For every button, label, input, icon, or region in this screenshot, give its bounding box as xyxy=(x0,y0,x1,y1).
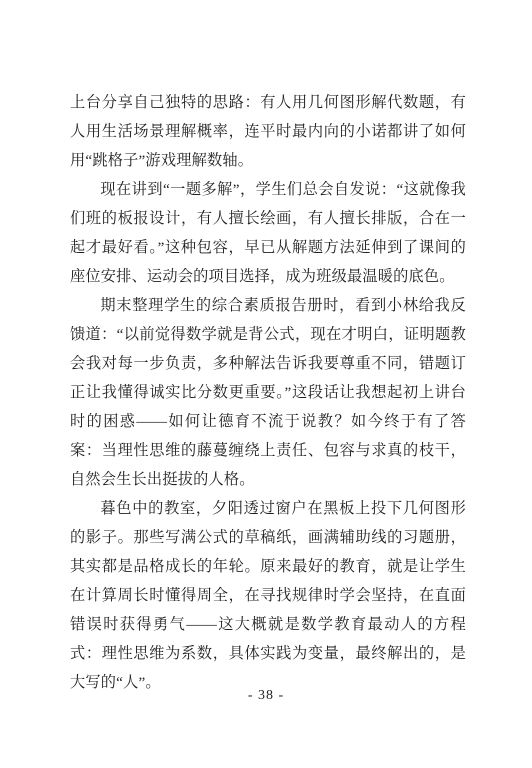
page-number: - 38 - xyxy=(0,688,532,704)
scanned-document-page: { "page": { "paragraphs": [ { "indent": … xyxy=(0,0,532,768)
page-text-block: 上台分享自己独特的思路：有人用几何图形解代数题，有人用生活场景理解概率，连平时最… xyxy=(70,88,466,697)
paragraph: 期末整理学生的综合素质报告册时，看到小林给我反馈道：“以前觉得数学就是背公式，现… xyxy=(70,291,466,494)
paragraph: 现在讲到“一题多解”，学生们总会自发说：“这就像我们班的板报设计，有人擅长绘画，… xyxy=(70,175,466,291)
paragraph: 暮色中的教室，夕阳透过窗户在黑板上投下几何图形的影子。那些写满公式的草稿纸，画满… xyxy=(70,494,466,697)
paragraph-continuation: 上台分享自己独特的思路：有人用几何图形解代数题，有人用生活场景理解概率，连平时最… xyxy=(70,88,466,175)
